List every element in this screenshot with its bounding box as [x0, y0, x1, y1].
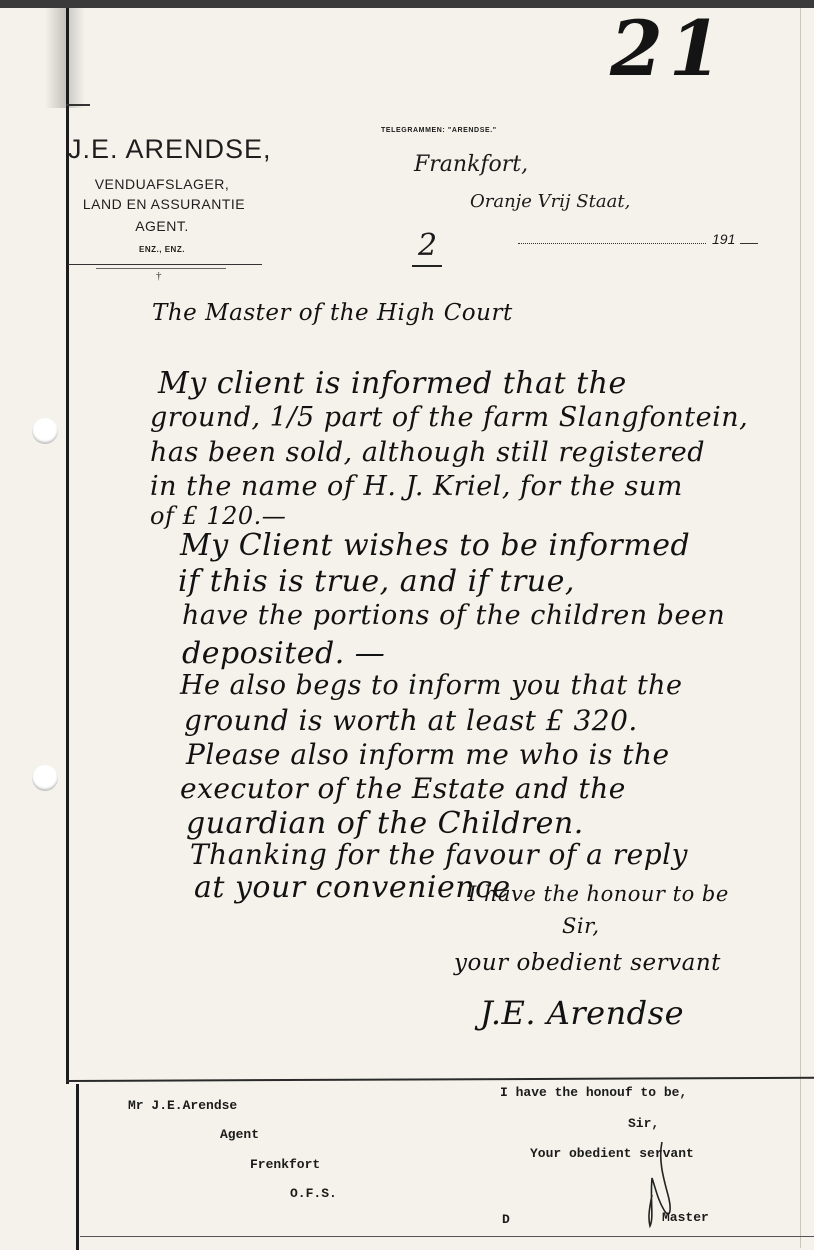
back-sheet-edge [800, 8, 801, 1248]
sheet-left-edge [66, 8, 69, 1084]
date-year-blank [740, 243, 758, 244]
scan-smudge [45, 8, 85, 108]
body-line: deposited. — [182, 636, 385, 671]
sheet-top-edge [66, 104, 90, 106]
letterhead-line: ENZ., ENZ. [62, 245, 262, 254]
letterhead-divider [96, 268, 226, 269]
master-signature-icon [640, 1140, 680, 1230]
signature: J.E. Arendse [480, 994, 684, 1032]
reply-recipient-line: O.F.S. [290, 1186, 337, 1201]
reply-sheet-bottom-edge [80, 1236, 814, 1237]
letterhead-name: J.E. ARENDSE, [68, 134, 272, 165]
body-line: ground, 1/5 part of the farm Slangfontei… [150, 402, 748, 433]
telegram-address: TELEGRAMMEN: "ARENDSE." [381, 127, 497, 134]
body-line: ground is worth at least £ 320. [184, 704, 638, 737]
letterhead-divider [68, 264, 262, 265]
page-number-underline [412, 265, 442, 267]
body-line: He also begs to inform you that the [180, 670, 683, 701]
reply-recipient-line: Mr J.E.Arendse [128, 1098, 237, 1113]
letterhead-line: AGENT. [62, 218, 262, 234]
body-line: guardian of the Children. [186, 806, 584, 841]
closing-line: your obedient servant [454, 950, 721, 976]
body-line: Please also inform me who is the [186, 738, 670, 771]
body-line: of £ 120.— [150, 502, 286, 530]
body-line: My client is informed that the [158, 366, 627, 401]
reply-recipient-line: Frenkfort [250, 1157, 320, 1172]
letterhead-line: LAND EN ASSURANTIE [62, 196, 266, 212]
page-number: 2 [418, 228, 437, 263]
folio-number: 21 [610, 4, 728, 93]
closing-line: I have the honour to be [468, 882, 729, 906]
fleuron-icon: † [156, 270, 162, 282]
date-blank-line [518, 243, 706, 244]
punch-hole-icon [32, 418, 58, 444]
closing-salutation: Sir, [562, 914, 600, 938]
addressee: The Master of the High Court [152, 300, 513, 326]
place-state: Oranje Vrij Staat, [470, 191, 630, 212]
body-line: have the portions of the children been [182, 600, 725, 631]
reply-initial: D [502, 1212, 510, 1227]
reply-closing-salutation: Sir, [628, 1116, 659, 1131]
reply-sheet-left-edge [76, 1084, 79, 1250]
punch-hole-icon [32, 765, 58, 791]
body-line: executor of the Estate and the [180, 772, 626, 805]
body-line: Thanking for the favour of a reply [190, 838, 688, 871]
body-line: My Client wishes to be informed [180, 528, 690, 563]
body-line: at your convenience [194, 870, 511, 905]
reply-closing-line: I have the honouf to be, [500, 1085, 687, 1100]
date-year-prefix: 191 [712, 231, 735, 247]
place-city: Frankfort, [414, 152, 528, 177]
body-line: has been sold, although still registered [150, 437, 705, 468]
body-line: in the name of H. J. Kriel, for the sum [150, 471, 683, 502]
letterhead-line: VENDUAFSLAGER, [62, 176, 262, 192]
reply-recipient-line: Agent [220, 1127, 259, 1142]
body-line: if this is true, and if true, [178, 564, 575, 599]
